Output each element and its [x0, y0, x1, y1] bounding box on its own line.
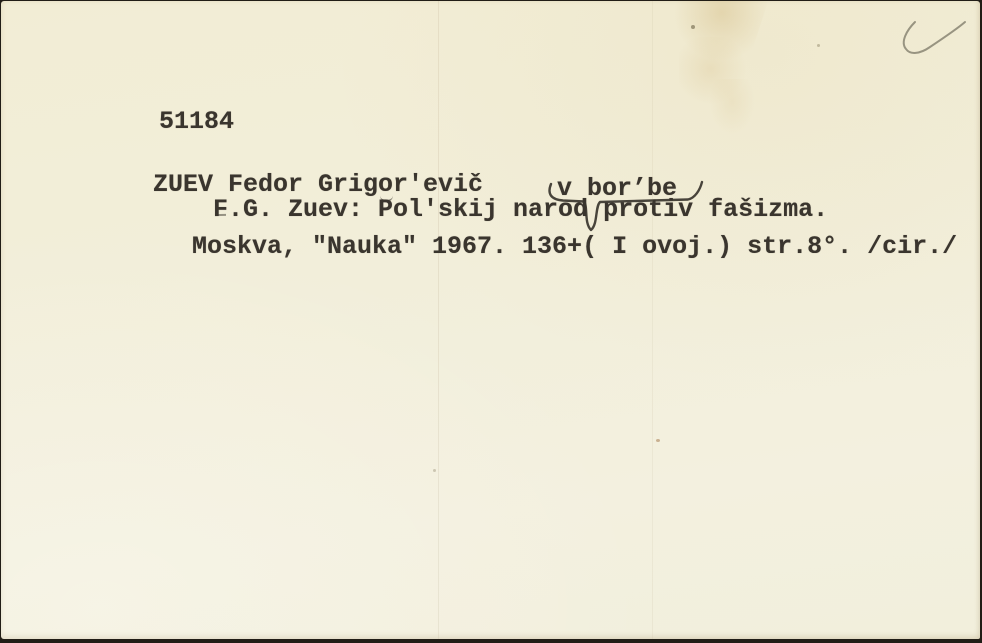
scanned-page: 51184 ZUEV Fedor Grigor'evič v bor’be F.…	[0, 0, 982, 643]
paper-speck	[433, 469, 436, 472]
imprint-line: Moskva, "Nauka" 1967. 136+( I ovoj.) str…	[192, 234, 957, 259]
annotation-overlay	[1, 1, 980, 639]
paper-speck	[656, 439, 660, 442]
pencil-checkmark	[904, 22, 965, 53]
paper-stain	[659, 1, 769, 73]
title-line: F.G. Zuev: Pol'skij narod protiv fašizma…	[213, 197, 828, 222]
overstrike-mark	[215, 214, 226, 216]
paper-speck	[691, 25, 695, 29]
paper-stain	[709, 79, 755, 135]
card-number: 51184	[159, 109, 234, 134]
author-heading: ZUEV Fedor Grigor'evič	[153, 172, 483, 197]
paper-speck	[817, 44, 820, 47]
scan-line	[652, 1, 653, 639]
scan-line	[438, 1, 439, 639]
paper-stain	[679, 37, 749, 107]
paper-sheen	[1, 1, 980, 639]
catalog-card: 51184 ZUEV Fedor Grigor'evič v bor’be F.…	[1, 1, 980, 639]
